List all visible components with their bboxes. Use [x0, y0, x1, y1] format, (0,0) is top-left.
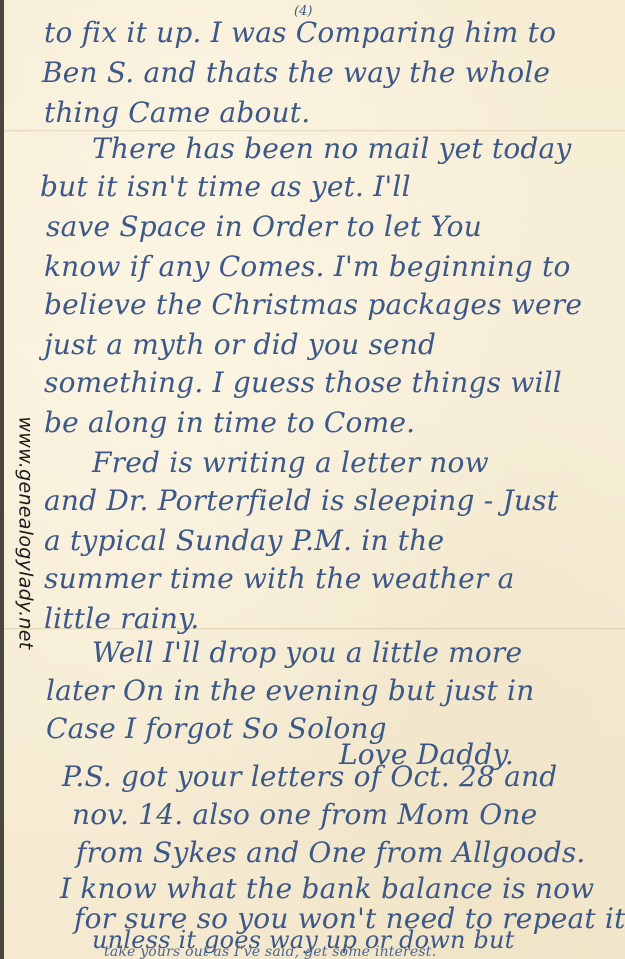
letter-line: to fix it up. I was Comparing him to: [44, 16, 556, 49]
postscript-line: from Sykes and One from Allgoods.: [76, 836, 586, 869]
postscript-line: P.S. got your letters of Oct. 28 and: [62, 760, 557, 793]
postscript-line: take yours out as I've said, get some in…: [104, 944, 436, 959]
letter-line: save Space in Order to let You: [46, 210, 482, 243]
letter-line: know if any Comes. I'm beginning to: [44, 250, 571, 283]
postscript-line: nov. 14. also one from Mom One: [72, 798, 537, 831]
postscript-line: I know what the bank balance is now: [60, 872, 594, 905]
letter-line: something. I guess those things will: [44, 366, 562, 399]
letter-line: Case I forgot So Solong: [46, 712, 387, 745]
letter-line: Well I'll drop you a little more: [92, 636, 522, 669]
letter-line: believe the Christmas packages were: [44, 288, 582, 321]
letter-line: little rainy.: [44, 602, 200, 635]
letter-line: but it isn't time as yet. I'll: [40, 170, 411, 203]
letter-line: Ben S. and thats the way the whole: [42, 56, 550, 89]
letter-line: be along in time to Come.: [44, 406, 415, 439]
letter-line: just a myth or did you send: [44, 328, 436, 361]
watermark: www.genealogylady.net: [13, 378, 39, 688]
letter-line: and Dr. Porterfield is sleeping - Just: [44, 484, 558, 517]
watermark-text: www.genealogylady.net: [15, 416, 37, 649]
letter-line: later On in the evening but just in: [46, 674, 534, 707]
letter-line: There has been no mail yet today: [92, 132, 571, 165]
letter-line: a typical Sunday P.M. in the: [44, 524, 444, 557]
letter-line: thing Came about.: [44, 96, 310, 129]
letter-page: (4) www.genealogylady.net to fix it up. …: [0, 0, 625, 959]
letter-line: Fred is writing a letter now: [92, 446, 489, 479]
letter-line: summer time with the weather a: [44, 562, 515, 595]
